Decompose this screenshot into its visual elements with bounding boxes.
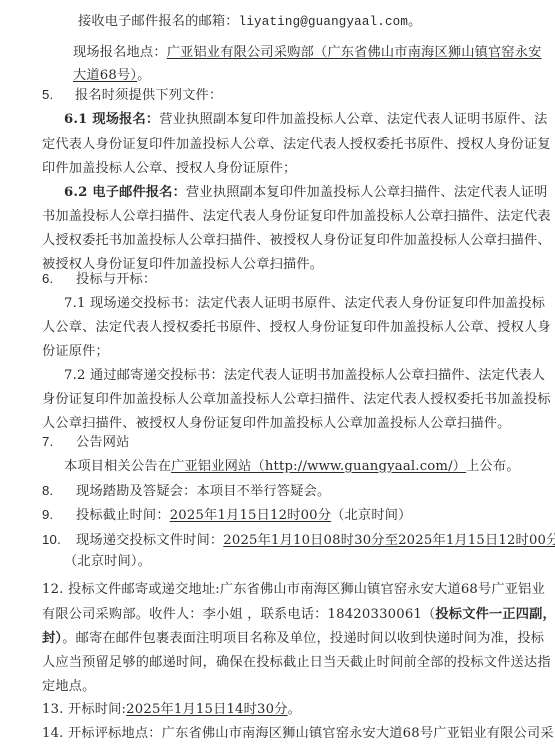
timezone-note: （北京时间） [331, 508, 411, 523]
section-number: 10. [42, 531, 76, 549]
section-12-line-5: 定地点。 [42, 678, 96, 696]
opening-time-label: 13. 开标时间: [42, 702, 126, 717]
item-heading: 6.1 现场报名： [64, 112, 159, 127]
item-7-1: 7.1 现场递交投标书：法定代表人证明书原件、法定代表人身份证复印件加盖投标 [64, 295, 545, 313]
section-9: 9.投标截止时间：2025年1月15日12时00分（北京时间） [42, 506, 411, 525]
punctuation: 。 [137, 68, 150, 83]
item-6-2-line-2: 书加盖投标人公章扫描件、法定代表人身份证复印件加盖投标人公章扫描件、法定代表 [42, 208, 551, 226]
email-label: 接收电子邮件报名的邮箱： [78, 14, 239, 29]
item-text: 营业执照副本复印件加盖投标人公章扫描件、法定代表人证明 [186, 185, 547, 200]
section-number: 5. [42, 86, 75, 104]
item-text: 人公章、法定代表人授权委托书原件、授权人身份证复印件加盖投标人公章、授权人身 [42, 320, 551, 335]
deadline-label: 投标截止时间： [76, 508, 170, 523]
item-text: 营业执照副本复印件加盖投标人公章、法定代表人证明书原件、法 [159, 112, 547, 127]
punctuation: 。 [288, 702, 301, 717]
section-7-heading: 7.公告网站 [42, 433, 130, 452]
section-text: 人应当预留足够的邮递时间，确保在投标截止日当天截止时间前全部的投标文件送达指 [42, 655, 551, 670]
item-heading: 6.2 电子邮件报名： [64, 185, 186, 200]
email-signup-line: 接收电子邮件报名的邮箱：liyating@guangyaal.com。 [78, 13, 421, 31]
bold-note: 封） [42, 631, 62, 646]
onsite-location-value: 广亚铝业有限公司采购部（广东省佛山市南海区狮山镇官窑永安 [167, 45, 542, 60]
bold-note: 投标文件一正四副，密 [435, 607, 555, 622]
item-6-2: 6.2 电子邮件报名：营业执照副本复印件加盖投标人公章扫描件、法定代表人证明 [64, 184, 548, 202]
item-6-1-line-3: 印件加盖投标人公章、授权人身份证原件； [42, 160, 296, 178]
text: 本项目相关公告在 [64, 459, 171, 474]
text: 上公布。 [466, 459, 520, 474]
item-text: 印件加盖投标人公章、授权人身份证原件； [42, 161, 296, 176]
item-7-1-line-2: 人公章、法定代表人授权委托书原件、授权人身份证复印件加盖投标人公章、授权人身 [42, 319, 551, 337]
section-12-line-4: 人应当预留足够的邮递时间，确保在投标截止日当天截止时间前全部的投标文件送达指 [42, 654, 551, 672]
onsite-location-line-2: 大道68号）。 [73, 67, 151, 85]
item-6-1-line-2: 定代表人身份证复印件加盖投标人公章、法定代表人授权委托书原件、授权人身份证复 [42, 136, 551, 154]
signup-email: liyating@guangyaal.com [239, 15, 408, 29]
bid-deadline: 2025年1月15日12时00分 [170, 508, 331, 523]
section-8: 8.现场踏勘及答疑会：本项目不举行答疑会。 [42, 482, 330, 501]
item-text: 身份证复印件加盖投标人公章加盖投标人公章扫描件、法定代表人授权委托书加盖投标 [42, 392, 551, 407]
section-title: 公告网站 [76, 435, 130, 450]
section-number: 9. [42, 506, 76, 524]
item-6-2-line-3: 人授权委托书加盖投标人公章扫描件、被授权人身份证复印件加盖投标人公章扫描件、 [42, 232, 551, 250]
item-7-2-line-3: 人公章扫描件、被授权人身份证复印件加盖投标人公章加盖投标人公章扫描件。 [42, 415, 511, 433]
section-text: 有限公司采购部。收件人：李小姐 ，联系电话：18420330061（ [42, 607, 435, 622]
submission-label: 现场递交投标文件时间： [76, 533, 223, 548]
item-7-2-line-2: 身份证复印件加盖投标人公章加盖投标人公章扫描件、法定代表人授权委托书加盖投标 [42, 391, 551, 409]
section-text: 14. 开标评标地点：广东省佛山市南海区狮山镇官窑永安大道68号广亚铝业有限公司… [42, 726, 554, 741]
section-6-heading: 6.投标与开标： [42, 270, 156, 289]
item-heading: 7.2 通过邮寄递交投标书： [64, 368, 224, 383]
onsite-location-label: 现场报名地点： [73, 45, 167, 60]
timezone-note: （北京时间）。 [64, 554, 151, 569]
section-text: 。邮寄在邮件包裹表面注明项目名称及单位，投递时间以收到快递时间为准，投标 [62, 631, 544, 646]
section-12-line-3: 封）。邮寄在邮件包裹表面注明项目名称及单位，投递时间以收到快递时间为准，投标 [42, 630, 544, 648]
section-title: 报名时须提供下列文件： [75, 88, 222, 103]
section-text: 现场踏勘及答疑会：本项目不举行答疑会。 [76, 484, 330, 499]
item-text: 人公章扫描件、被授权人身份证复印件加盖投标人公章加盖投标人公章扫描件。 [42, 416, 511, 431]
item-text: 定代表人身份证复印件加盖投标人公章、法定代表人授权委托书原件、授权人身份证复 [42, 137, 551, 152]
announcement-website-line: 本项目相关公告在广亚铝业网站（http://www.guangyaal.com/… [64, 458, 520, 476]
section-title: 投标与开标： [76, 272, 156, 287]
item-6-1: 6.1 现场报名：营业执照副本复印件加盖投标人公章、法定代表人证明书原件、法 [64, 111, 548, 129]
item-7-1-line-3: 份证原件； [42, 343, 109, 361]
section-10: 10.现场递交投标文件时间：2025年1月10日08时30分至2025年1月15… [42, 531, 555, 550]
item-7-2: 7.2 通过邮寄递交投标书：法定代表人证明书加盖投标人公章扫描件、法定代表人 [64, 367, 545, 385]
section-14: 14. 开标评标地点：广东省佛山市南海区狮山镇官窑永安大道68号广亚铝业有限公司… [42, 725, 554, 743]
onsite-location-line: 现场报名地点：广亚铝业有限公司采购部（广东省佛山市南海区狮山镇官窑永安 [73, 44, 542, 62]
section-13: 13. 开标时间:2025年1月15日14时30分。 [42, 701, 301, 719]
section-text: 12. 投标文件邮寄或递交地址:广东省佛山市南海区狮山镇官窑永安大道68号广亚铝… [42, 582, 545, 597]
section-text: 定地点。 [42, 679, 96, 694]
opening-time: 2025年1月15日14时30分 [126, 702, 287, 717]
section-12-line-2: 有限公司采购部。收件人：李小姐 ，联系电话：18420330061（投标文件一正… [42, 606, 555, 624]
section-number: 7. [42, 433, 76, 451]
section-10-line-2: （北京时间）。 [64, 553, 151, 571]
section-number: 8. [42, 482, 76, 500]
item-text: 份证原件； [42, 344, 109, 359]
item-text: 人授权委托书加盖投标人公章扫描件、被授权人身份证复印件加盖投标人公章扫描件、 [42, 233, 551, 248]
punctuation: 。 [408, 14, 421, 29]
item-heading: 7.1 现场递交投标书： [64, 296, 197, 311]
item-text: 法定代表人证明书原件、法定代表人身份证复印件加盖投标 [197, 296, 545, 311]
item-text: 书加盖投标人公章扫描件、法定代表人身份证复印件加盖投标人公章扫描件、法定代表 [42, 209, 551, 224]
submission-period: 2025年1月10日08时30分至2025年1月15日12时00分止 [223, 533, 555, 548]
website-link[interactable]: 广亚铝业网站（http://www.guangyaal.com/） [171, 459, 466, 474]
onsite-location-value-cont: 大道68号） [73, 68, 137, 83]
item-text: 法定代表人证明书加盖投标人公章扫描件、法定代表人 [224, 368, 545, 383]
section-number: 6. [42, 270, 76, 288]
section-5-heading: 5.报名时须提供下列文件： [42, 86, 222, 105]
section-12: 12. 投标文件邮寄或递交地址:广东省佛山市南海区狮山镇官窑永安大道68号广亚铝… [42, 581, 545, 599]
